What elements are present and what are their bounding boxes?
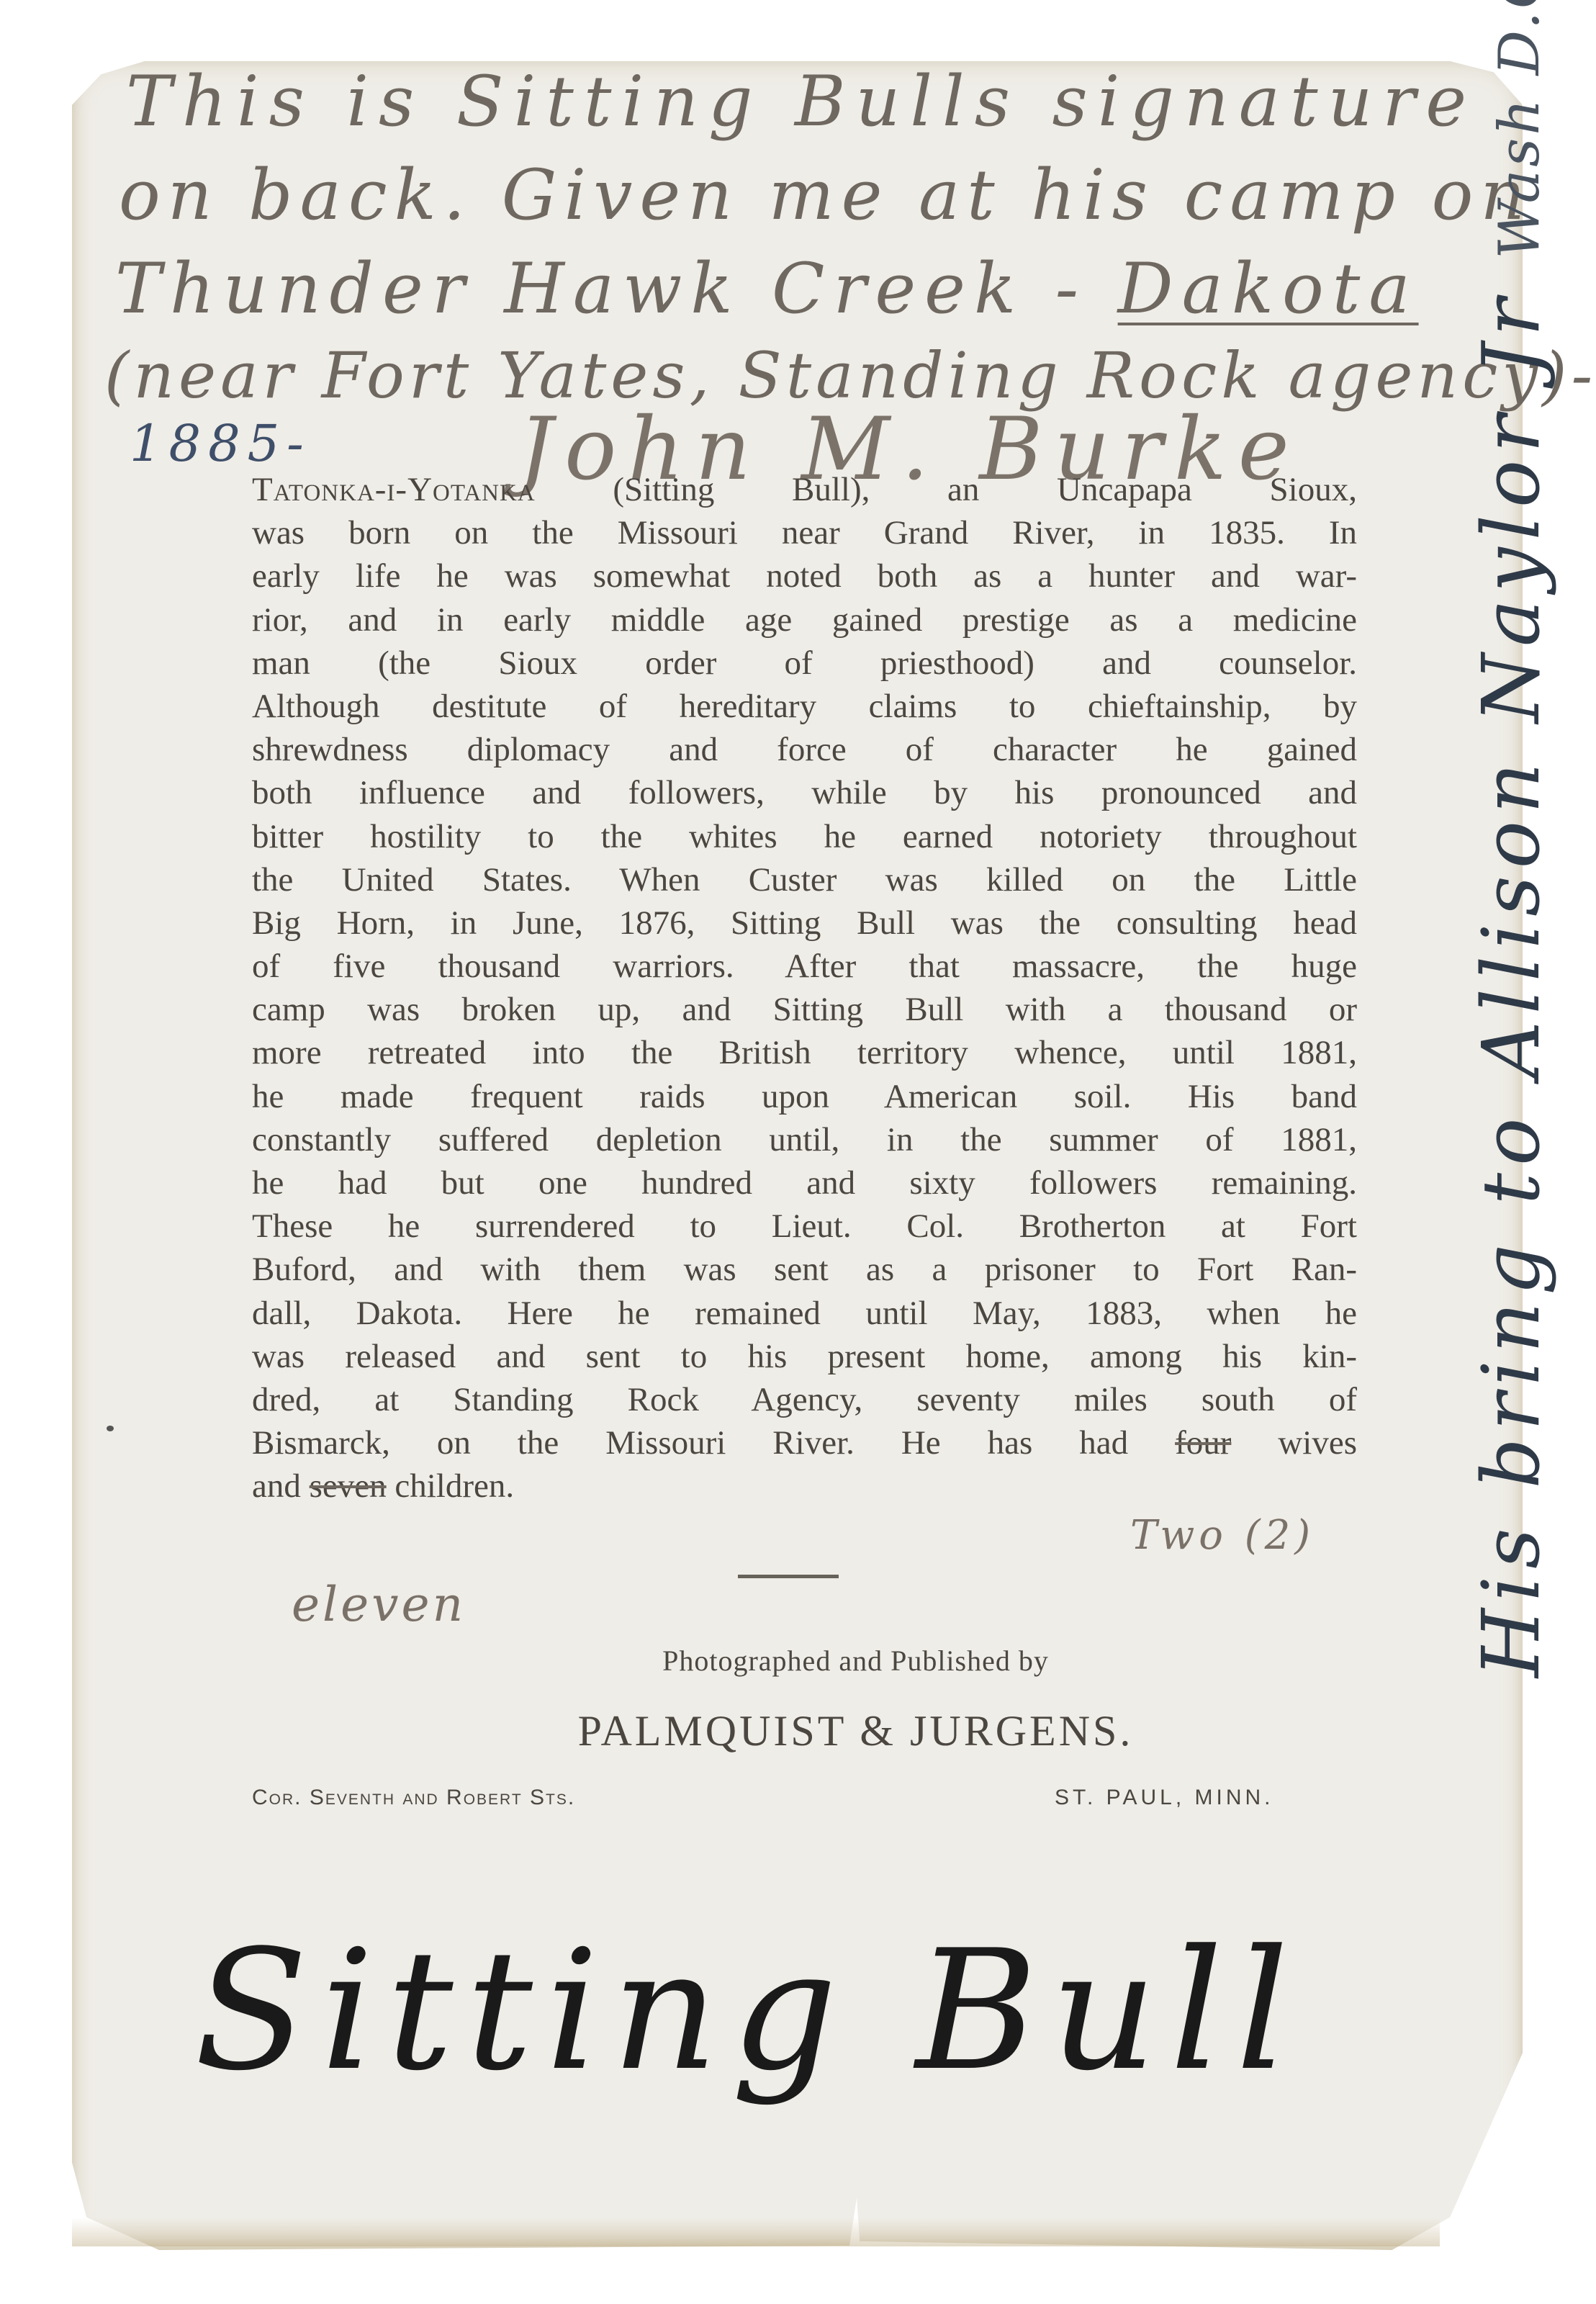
struck-word-seven: seven bbox=[310, 1467, 387, 1505]
printed-biography: Tatonka-i-Yotanka (Sitting Bull), an Unc… bbox=[252, 468, 1357, 1508]
publisher-name: PALMQUIST & JURGENS. bbox=[0, 1706, 1596, 1756]
bio-line: the United States. When Custer was kille… bbox=[252, 858, 1357, 901]
bio-line: Big Horn, in June, 1876, Sitting Bull wa… bbox=[252, 901, 1357, 945]
publisher-credit: Photographed and Published by bbox=[0, 1644, 1596, 1678]
vertical-inscription-main: His bring to Allison Naylor Jr bbox=[1465, 292, 1557, 1678]
bio-line: early life he was somewhat noted both as… bbox=[252, 554, 1357, 598]
inscription-year: 1885- bbox=[130, 414, 311, 473]
bio-lead-name: Tatonka-i-Yotanka bbox=[252, 471, 536, 508]
bio-line: man (the Sioux order of priesthood) and … bbox=[252, 642, 1357, 685]
vertical-inscription-place: Wash D.C. bbox=[1487, 0, 1552, 259]
bio-line: more retreated into the British territor… bbox=[252, 1031, 1357, 1074]
divider-rule bbox=[738, 1575, 839, 1578]
sitting-bull-signature: Sitting Bull bbox=[194, 1915, 1302, 2107]
bio-line-last: and seven children. bbox=[252, 1464, 1357, 1508]
bio-line: both influence and followers, while by h… bbox=[252, 771, 1357, 814]
vertical-inscription: His bring to Allison Naylor Jr Wash D.C. bbox=[1465, 0, 1557, 1678]
bio-line: was born on the Missouri near Grand Rive… bbox=[252, 511, 1357, 554]
publisher-address-city: ST. PAUL, MINN. bbox=[1055, 1786, 1273, 1810]
inscription-underlined-place: Dakota bbox=[1118, 248, 1419, 329]
bio-line: Tatonka-i-Yotanka (Sitting Bull), an Unc… bbox=[252, 468, 1357, 511]
bio-line: he had but one hundred and sixty followe… bbox=[252, 1161, 1357, 1205]
correction-wives: Two (2) bbox=[1130, 1512, 1315, 1559]
bio-line: he made frequent raids upon American soi… bbox=[252, 1075, 1357, 1118]
bio-line: of five thousand warriors. After that ma… bbox=[252, 945, 1357, 988]
bio-line: camp was broken up, and Sitting Bull wit… bbox=[252, 988, 1357, 1031]
edge-stain bbox=[72, 2218, 1440, 2246]
bio-line: dred, at Standing Rock Agency, seventy m… bbox=[252, 1378, 1357, 1421]
publisher-address-street: Cor. Seventh and Robert Sts. bbox=[252, 1786, 575, 1810]
inscription-line-1: This is Sitting Bulls signature bbox=[126, 61, 1476, 142]
bio-line: Bismarck, on the Missouri River. He has … bbox=[252, 1421, 1357, 1464]
bio-line: shrewdness diplomacy and force of charac… bbox=[252, 728, 1357, 771]
bio-line: dall, Dakota. Here he remained until May… bbox=[252, 1292, 1357, 1335]
bio-line: rior, and in early middle age gained pre… bbox=[252, 598, 1357, 642]
ink-speck bbox=[107, 1426, 114, 1431]
bio-line: was released and sent to his present hom… bbox=[252, 1335, 1357, 1378]
bio-line: These he surrendered to Lieut. Col. Brot… bbox=[252, 1205, 1357, 1248]
bio-line: Although destitute of hereditary claims … bbox=[252, 685, 1357, 728]
inscription-line-3-text: Thunder Hawk Creek - bbox=[115, 248, 1118, 329]
inscription-line-3: Thunder Hawk Creek - Dakota bbox=[115, 248, 1419, 329]
struck-word-four: four bbox=[1175, 1424, 1231, 1462]
bio-line: constantly suffered depletion until, in … bbox=[252, 1118, 1357, 1161]
bio-line: bitter hostility to the whites he earned… bbox=[252, 815, 1357, 858]
bio-line: Buford, and with them was sent as a pris… bbox=[252, 1248, 1357, 1291]
correction-children: eleven bbox=[292, 1577, 466, 1632]
inscription-line-2: on back. Given me at his camp on bbox=[119, 155, 1532, 235]
